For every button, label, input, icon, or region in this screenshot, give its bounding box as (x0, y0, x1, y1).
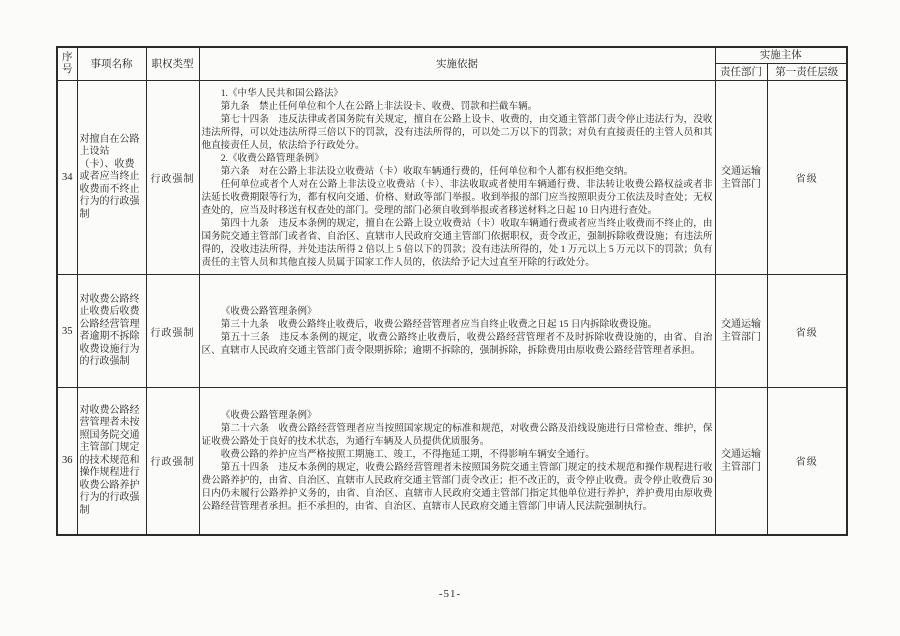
cell-item-name: 对擅自在公路上设站（卡）、收费或者应当终止收费而不终止行为的行政强制 (77, 81, 146, 275)
cell-power-type: 行政强制 (146, 388, 199, 535)
cell-power-type: 行政强制 (146, 81, 199, 275)
basis-paragraph: 第五十三条 违反本条例的规定，收费公路终止收费后，收费公路经营管理者不及时拆除收… (202, 331, 713, 357)
col-header-level: 第一责任层级 (767, 64, 847, 81)
table-row-36: 36 对收费公路经营管理者未按照国务院交通主管部门规定的技术规范和操作规程进行收… (57, 388, 847, 535)
cell-item-name: 对收费公路经营管理者未按照国务院交通主管部门规定的技术规范和操作规程进行收费公路… (77, 388, 146, 535)
basis-paragraph: 任何单位或者个人对在公路上非法设立收费站（卡）、非法收取或者使用车辆通行费、非法… (202, 178, 713, 217)
document-page: 序号 事项名称 职权类型 实施依据 实施主体 责任部门 第一责任层级 34 对擅… (0, 0, 900, 636)
basis-paragraph: 《收费公路管理条例》 (202, 305, 713, 318)
cell-no: 35 (57, 275, 77, 388)
power-items-table: 序号 事项名称 职权类型 实施依据 实施主体 责任部门 第一责任层级 34 对擅… (56, 46, 848, 536)
col-header-name: 事项名称 (77, 47, 146, 81)
cell-legal-basis: 《收费公路管理条例》 第二十六条 收费公路经营管理者应当按照国家规定的标准和规范… (199, 388, 715, 535)
basis-paragraph: 第九条 禁止任何单位和个人在公路上非法设卡、收费、罚款和拦截车辆。 (202, 100, 713, 113)
basis-paragraph: 第四十九条 违反本条例的规定，擅自在公路上设立收费站（卡）收取车辆通行费或者应当… (202, 217, 713, 269)
col-header-subject: 实施主体 (715, 47, 847, 64)
cell-responsible-dept: 交通运输主管部门 (715, 81, 767, 275)
basis-paragraph: 收费公路的养护应当严格按照工期施工、竣工，不得拖延工期，不得影响车辆安全通行。 (202, 448, 713, 461)
table-row-35: 35 对收费公路终止收费后收费公路经营管理者逾期不拆除收费设施行为的行政强制 行… (57, 275, 847, 388)
basis-paragraph: 第三十九条 收费公路终止收费后，收费公路经营管理者应当自终止收费之日起 15 日… (202, 318, 713, 331)
basis-paragraph: 2.《收费公路管理条例》 (202, 152, 713, 165)
col-header-dept: 责任部门 (715, 64, 767, 81)
cell-no: 36 (57, 388, 77, 535)
cell-responsibility-level: 省级 (767, 275, 847, 388)
cell-responsibility-level: 省级 (767, 388, 847, 535)
cell-responsibility-level: 省级 (767, 81, 847, 275)
basis-paragraph: 第六条 对在公路上非法设立收费站（卡）收取车辆通行费的，任何单位和个人都有权拒绝… (202, 165, 713, 178)
cell-power-type: 行政强制 (146, 275, 199, 388)
col-header-no: 序号 (57, 47, 77, 81)
cell-responsible-dept: 交通运输主管部门 (715, 275, 767, 388)
basis-paragraph: 第二十六条 收费公路经营管理者应当按照国家规定的标准和规范，对收费公路及沿线设施… (202, 422, 713, 448)
cell-no: 34 (57, 81, 77, 275)
table-header: 序号 事项名称 职权类型 实施依据 实施主体 责任部门 第一责任层级 (57, 47, 847, 81)
basis-paragraph: 第五十四条 违反本条例的规定，收费公路经营管理者未按照国务院交通主管部门规定的技… (202, 461, 713, 513)
basis-paragraph: 1.《中华人民共和国公路法》 (202, 87, 713, 100)
cell-legal-basis: 1.《中华人民共和国公路法》 第九条 禁止任何单位和个人在公路上非法设卡、收费、… (199, 81, 715, 275)
cell-legal-basis: 《收费公路管理条例》 第三十九条 收费公路终止收费后，收费公路经营管理者应当自终… (199, 275, 715, 388)
cell-item-name: 对收费公路终止收费后收费公路经营管理者逾期不拆除收费设施行为的行政强制 (77, 275, 146, 388)
cell-responsible-dept: 交通运输主管部门 (715, 388, 767, 535)
basis-paragraph: 《收费公路管理条例》 (202, 409, 713, 422)
table-row-34: 34 对擅自在公路上设站（卡）、收费或者应当终止收费而不终止行为的行政强制 行政… (57, 81, 847, 275)
col-header-basis: 实施依据 (199, 47, 715, 81)
col-header-type: 职权类型 (146, 47, 199, 81)
basis-paragraph: 第七十四条 违反法律或者国务院有关规定，擅自在公路上设卡、收费的，由交通主管部门… (202, 113, 713, 152)
page-number: -51- (0, 588, 900, 600)
